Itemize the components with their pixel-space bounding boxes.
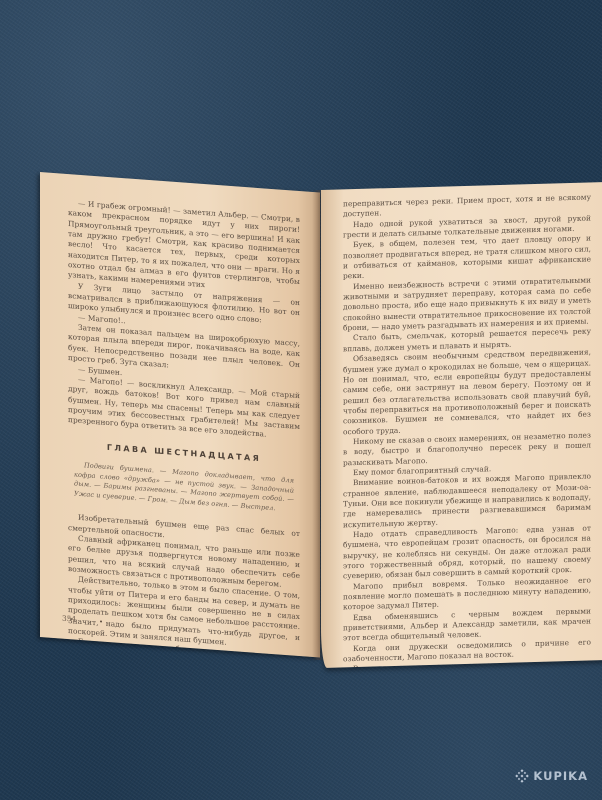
left-page-text: — И грабеж огромный! — заметил Альбер. —… <box>68 198 300 658</box>
open-book: — И грабеж огромный! — заметил Альбер. —… <box>0 0 602 800</box>
paragraph: Именно неизбежность встречи с этими отвр… <box>343 275 591 334</box>
paragraph: Надо отдать справедливость Магопо: едва … <box>343 523 591 582</box>
kupika-watermark: KUPIKA <box>515 769 588 783</box>
page-number-right: 355 <box>564 661 578 668</box>
watermark-text: KUPIKA <box>533 769 588 783</box>
paragraph: Буек, в общем, полезен тем, что дает пло… <box>343 234 591 282</box>
left-page: — И грабеж огромный! — заметил Альбер. —… <box>40 172 320 658</box>
paragraph: Внимание воинов-батоков и их вождя Магоп… <box>343 472 591 531</box>
ink-dot <box>100 620 102 622</box>
right-page-text: переправиться через реки. Прием прост, х… <box>343 192 591 668</box>
page-number-left: 354 <box>62 614 76 624</box>
kupika-snowflake-icon <box>515 769 529 783</box>
paragraph: Обзаведясь своим необычным средством пер… <box>343 348 591 438</box>
right-page: переправиться через реки. Прием прост, х… <box>321 182 602 668</box>
chapter-epigraph: Подвиги бушмена. — Магопо докладывает, ч… <box>74 460 294 515</box>
